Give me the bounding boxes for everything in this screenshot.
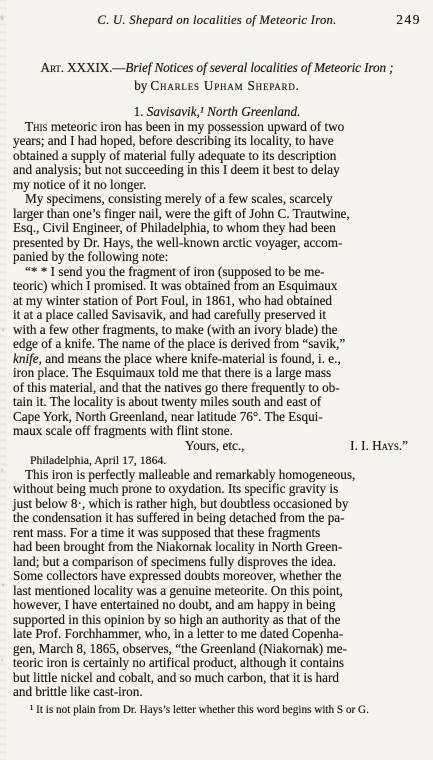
article-byline: by Charles Upham Shepard. bbox=[13, 77, 421, 95]
paragraph-analysis: This iron is perfectly malleable and rem… bbox=[13, 468, 421, 700]
document-page: C. U. Shepard on localities of Meteoric … bbox=[0, 0, 433, 760]
quote-italic-word: knife, bbox=[13, 351, 42, 366]
byline-by: by bbox=[134, 78, 147, 93]
quote-closing-text: and means the place where knife-material… bbox=[13, 351, 341, 439]
footnote: ¹ It is not plain from Dr. Hays’s letter… bbox=[13, 704, 421, 717]
dateline: Philadelphia, April 17, 1864. bbox=[13, 454, 421, 468]
signature-name: I. I. Hays.” bbox=[350, 439, 408, 454]
article-number-label: Art. XXXIX.— bbox=[41, 60, 126, 75]
page-number: 249 bbox=[396, 13, 421, 27]
quoted-note-paragraph: “* * I send you the fragment of iron (su… bbox=[13, 265, 421, 439]
running-header: C. U. Shepard on localities of Meteoric … bbox=[13, 13, 421, 27]
section-number: 1. bbox=[134, 104, 144, 119]
article-heading: Art. XXXIX.—Brief Notices of several loc… bbox=[13, 59, 421, 94]
paragraph-intro-text: meteoric iron has been in my possession … bbox=[13, 119, 344, 192]
author-name: Charles Upham Shepard. bbox=[150, 78, 299, 93]
article-title-italic: Brief Notices of several localities of M… bbox=[125, 60, 393, 75]
signature-line: Yours, etc., I. I. Hays.” bbox=[13, 439, 421, 454]
section-heading: 1. Savisavik,¹ North Greenland. bbox=[13, 105, 421, 120]
paragraph-lead-smallcaps: This bbox=[25, 119, 48, 134]
article-heading-line1: Art. XXXIX.—Brief Notices of several loc… bbox=[13, 59, 421, 77]
scan-noise-edge bbox=[0, 0, 7, 760]
running-title: C. U. Shepard on localities of Meteoric … bbox=[97, 13, 336, 27]
quote-opening-text: “* * I send you the fragment of iron (su… bbox=[13, 264, 345, 352]
signature-valediction: Yours, etc., bbox=[185, 439, 244, 454]
paragraph-specimens: My specimens, consisting merely of a few… bbox=[13, 192, 421, 265]
paragraph-introduction: This meteoric iron has been in my posses… bbox=[13, 120, 421, 193]
section-title: Savisavik,¹ North Greenland. bbox=[147, 104, 301, 119]
